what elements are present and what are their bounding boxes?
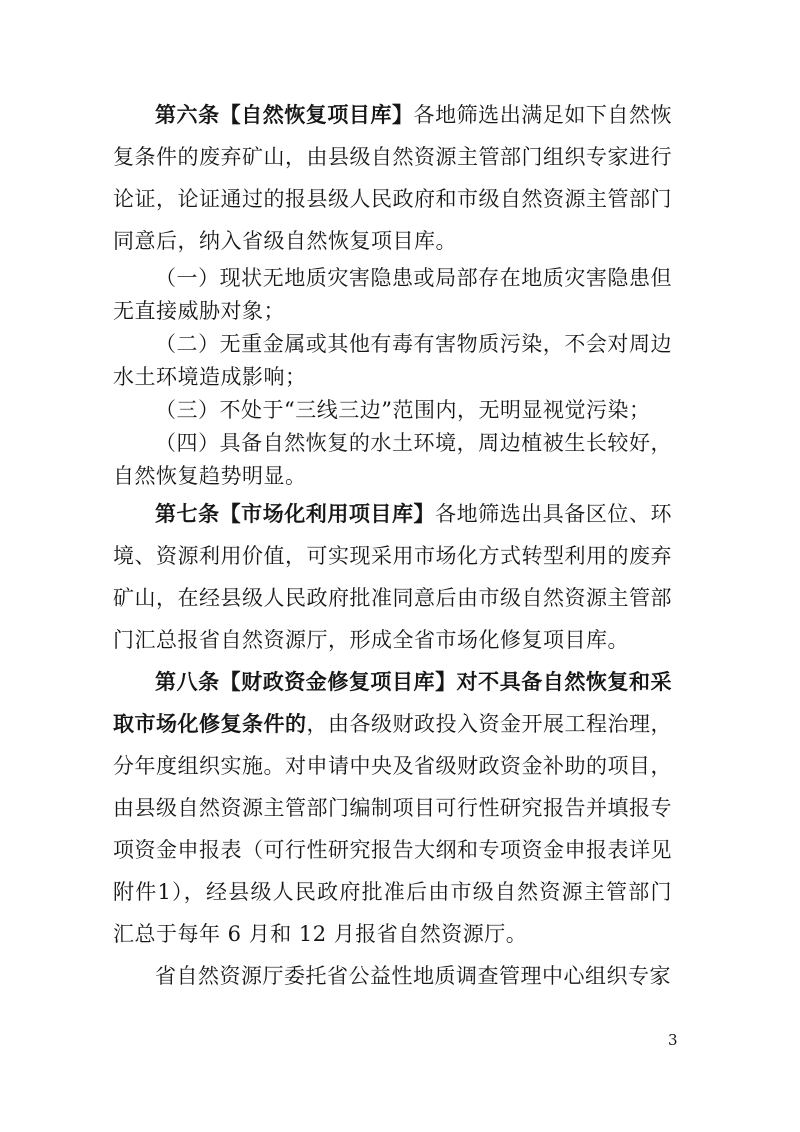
article-7: 第七条【市场化利用项目库】各地筛选出具备区位、环境、资源利用价值，可实现采用市场… bbox=[113, 493, 672, 661]
closing-line: 省自然资源厅委托省公益性地质调查管理中心组织专家 bbox=[113, 955, 672, 997]
paragraph-run: （一）现状无地质灾害隐患或局部存在地质灾害隐患但无直接威胁对象； bbox=[113, 266, 672, 323]
article-8: 第八条【财政资金修复项目库】对不具备自然恢复和采取市场化修复条件的，由各级财政投… bbox=[113, 661, 672, 955]
paragraph-run: （二）无重金属或其他有毒有害物质污染，不会对周边水土环境造成影响； bbox=[113, 332, 672, 389]
condition-item-1: （一）现状无地质灾害隐患或局部存在地质灾害隐患但无直接威胁对象； bbox=[113, 262, 672, 328]
paragraph-run: （四）具备自然恢复的水土环境，周边植被生长较好，自然恢复趋势明显。 bbox=[113, 431, 672, 488]
condition-item-2: （二）无重金属或其他有毒有害物质污染，不会对周边水土环境造成影响； bbox=[113, 328, 672, 394]
document-page: { "page": { "number": "3", "background_c… bbox=[0, 0, 800, 1132]
paragraph-run-bold: 第六条【自然恢复项目库】 bbox=[155, 102, 414, 127]
condition-item-3: （三）不处于“三线三边”范围内，无明显视觉污染； bbox=[113, 394, 672, 427]
paragraph-run: ，由各级财政投入资金开展工程治理，分年度组织实施。对申请中央及省级财政资金补助的… bbox=[113, 712, 672, 946]
page-number: 3 bbox=[668, 1031, 678, 1049]
document-body: 第六条【自然恢复项目库】各地筛选出满足如下自然恢复条件的废弃矿山，由县级自然资源… bbox=[113, 94, 672, 997]
paragraph-run: 省自然资源厅委托省公益性地质调查管理中心组织专家 bbox=[155, 964, 671, 988]
paragraph-run-bold: 第七条【市场化利用项目库】 bbox=[155, 501, 435, 526]
page: 第六条【自然恢复项目库】各地筛选出满足如下自然恢复条件的废弃矿山，由县级自然资源… bbox=[0, 0, 800, 1132]
paragraph-run: （三）不处于“三线三边”范围内，无明显视觉污染； bbox=[155, 398, 650, 422]
condition-item-4: （四）具备自然恢复的水土环境，周边植被生长较好，自然恢复趋势明显。 bbox=[113, 427, 672, 493]
article-6: 第六条【自然恢复项目库】各地筛选出满足如下自然恢复条件的废弃矿山，由县级自然资源… bbox=[113, 94, 672, 262]
